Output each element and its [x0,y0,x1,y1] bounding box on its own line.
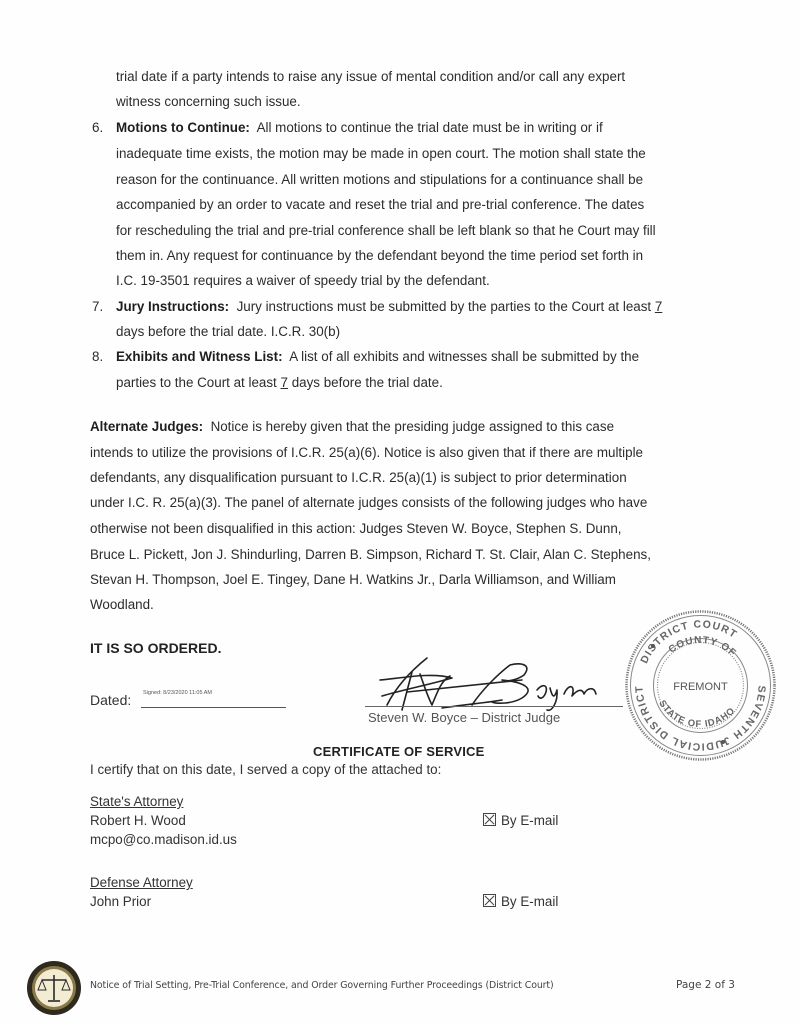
certificate-statement: I certify that on this date, I served a … [90,762,441,777]
item-heading: Jury Instructions: [116,299,229,314]
judge-signature-caption: Steven W. Boyce – District Judge [368,710,560,725]
continuation-line: witness concerning such issue. [116,93,301,111]
item-6-first-line: Motions to Continue: All motions to cont… [116,119,603,137]
item-6-line: reason for the continuance. All written … [116,171,643,189]
item-text: days before the trial date. [292,375,443,390]
service-method-label: By E-mail [501,894,558,909]
item-6-line: for rescheduling the trial and pre-trial… [116,222,656,240]
court-seal-icon: SEVENTH JUDICIAL DISTRICT DISTRICT COURT… [623,608,778,763]
alternate-judges-line: under I.C. R. 25(a)(3). The panel of alt… [90,494,647,512]
item-heading: Exhibits and Witness List: [116,349,283,364]
item-text: All motions to continue the trial date m… [257,120,603,135]
dated-label: Dated: [90,692,131,708]
alternate-judges-line: Stevan H. Thompson, Joel E. Tingey, Dane… [90,571,616,589]
checked-box-icon[interactable] [483,813,496,826]
days-value: 7 [281,375,288,390]
recipient-email: mcpo@co.madison.id.us [90,832,237,847]
checked-box-icon[interactable] [483,894,496,907]
service-method-checkbox[interactable]: By E-mail [483,813,558,828]
alternate-judges-heading: Alternate Judges: [90,419,203,434]
recipient-name: John Prior [90,894,151,909]
item-text: Jury instructions must be submitted by t… [237,299,652,314]
dated-underline [141,707,286,708]
footer-document-title: Notice of Trial Setting, Pre-Trial Confe… [90,980,554,991]
paragraph-text: Notice is hereby given that the presidin… [211,419,614,434]
service-method-label: By E-mail [501,813,558,828]
item-7-first-line: Jury Instructions: Jury instructions mus… [116,298,662,316]
alternate-judges-line: Bruce L. Pickett, Jon J. Shindurling, Da… [90,546,651,564]
item-6-line: I.C. 19-3501 requires a waiver of speedy… [116,272,490,290]
so-ordered-heading: IT IS SO ORDERED. [90,640,221,656]
item-6-line: them in. Any request for continuance by … [116,247,643,265]
document-page: trial date if a party intends to raise a… [0,0,799,1024]
item-6-line: accompanied by an order to vacate and re… [116,196,644,214]
seal-county-name: FREMONT [673,681,728,693]
item-8-first-line: Exhibits and Witness List: A list of all… [116,348,639,366]
alternate-judges-line: intends to utilize the provisions of I.C… [90,444,643,462]
alternate-judges-line: otherwise not been disqualified in this … [90,520,622,538]
signed-timestamp: Signed: 8/23/2020 11:05 AM [143,690,212,696]
item-number: 6. [92,119,103,137]
continuation-line: trial date if a party intends to raise a… [116,68,625,86]
item-heading: Motions to Continue: [116,120,250,135]
item-7-line: days before the trial date. I.C.R. 30(b) [116,323,340,341]
page-number: Page 2 of 3 [676,979,735,991]
item-8-second-line: parties to the Court at least 7 days bef… [116,374,443,392]
recipient-role: State's Attorney [90,794,183,809]
item-text: A list of all exhibits and witnesses sha… [289,349,639,364]
item-number: 7. [92,298,103,316]
days-value: 7 [655,299,662,314]
alternate-judges-line: Woodland. [90,596,154,614]
court-scales-seal-icon [26,960,82,1016]
service-method-checkbox[interactable]: By E-mail [483,894,558,909]
certificate-title: CERTIFICATE OF SERVICE [313,744,485,759]
item-number: 8. [92,348,103,366]
alternate-judges-first-line: Alternate Judges: Notice is hereby given… [90,418,614,436]
alternate-judges-line: defendants, any disqualification pursuan… [90,469,627,487]
signature-line [365,706,623,707]
item-text: parties to the Court at least [116,375,277,390]
recipient-name: Robert H. Wood [90,813,186,828]
item-6-line: inadequate time exists, the motion may b… [116,145,646,163]
recipient-role: Defense Attorney [90,875,193,890]
